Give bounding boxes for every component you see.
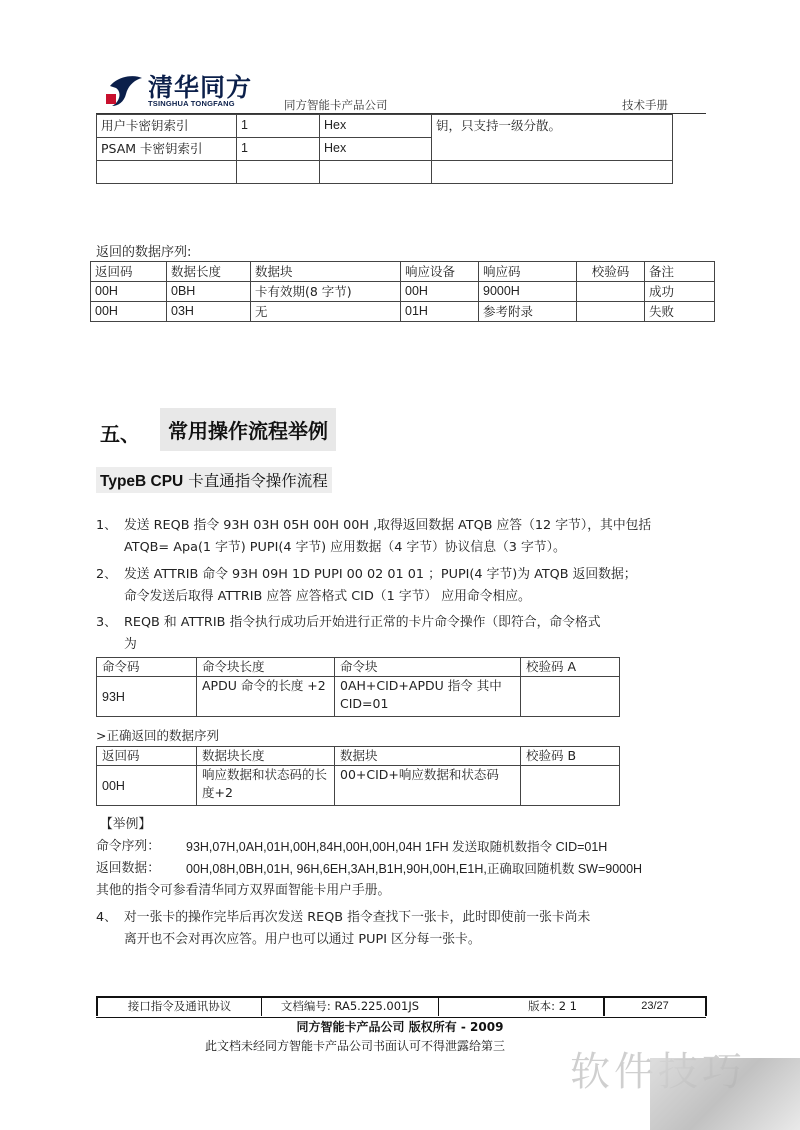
column-header: 备注 (645, 262, 715, 282)
correct-return-table: 返回码 数据块长度 数据块 校验码 B 00H 响应数据和状态码的长度+2 00… (96, 746, 620, 806)
table-cell: Hex (320, 115, 432, 138)
table-cell-note: 钥，只支持一级分散。 (432, 115, 673, 161)
table-cell: 00+CID+响应数据和状态码 (335, 766, 521, 806)
example-return-label: 返回数据： (96, 858, 160, 881)
company-logo: 清华同方 TSINGHUA TONGFANG (104, 68, 274, 112)
column-header: 数据块 (251, 262, 401, 282)
table-row: 00H 0BH 卡有效期(8 字节) 00H 9000H 成功 (91, 282, 715, 302)
table-cell: 00H (91, 282, 167, 302)
table-cell: 无 (251, 302, 401, 322)
subsection-title-cn: 卡直通指令操作流程 (183, 472, 327, 490)
section-number: 五、 (100, 418, 140, 447)
step-line: 离开也不会对再次应答。用户也可以通过 PUPI 区分每一张卡。 (124, 929, 716, 952)
table-cell: 成功 (645, 282, 715, 302)
return-data-table: 返回码 数据长度 数据块 响应设备 响应码 校验码 备注 00H 0BH 卡有效… (90, 261, 715, 322)
example-return-value: 00H,08H,0BH,01H, 96H,6EH,3AH,B1H,90H,00H… (186, 858, 642, 881)
step-number: 2、 (96, 564, 117, 587)
step-line: ATQB= Apa(1 字节) PUPI(4 字节) 应用数据（4 字节）协议信… (124, 537, 716, 560)
table-header-row: 命令码 命令块长度 命令块 校验码 A (97, 658, 620, 677)
table-cell: PSAM 卡密钥索引 (97, 138, 237, 161)
column-header: 返回码 (97, 747, 197, 766)
step-number: 1、 (96, 515, 117, 538)
step-line: 为 (124, 634, 716, 657)
footer-page-number: 23/27 (605, 997, 705, 1015)
correct-return-caption: >正确返回的数据序列 (96, 726, 219, 744)
table-cell: 00H (91, 302, 167, 322)
example-command-value: 93H,07H,0AH,01H,00H,84H,00H,00H,04H 1FH … (186, 836, 607, 859)
footer-doc-title: 接口指令及通讯协议 (98, 997, 261, 1015)
return-table-caption: 返回的数据序列: (96, 241, 191, 260)
step-line: 对一张卡的操作完毕后再次发送 REQB 指令查找下一张卡，此时即使前一张卡尚未 (124, 907, 716, 930)
step-line: REQB 和 ATTRIB 指令执行成功后开始进行正常的卡片命令操作（即符合，命… (124, 612, 716, 635)
table-cell: APDU 命令的长度 +2 (197, 677, 335, 717)
column-header: 校验码 B (521, 747, 620, 766)
footer-doc-number: 文档编号: RA5.225.001JS (262, 997, 438, 1015)
table-cell: 03H (167, 302, 251, 322)
example-label: 【举例】 (100, 814, 151, 837)
column-header: 数据块长度 (197, 747, 335, 766)
table-cell: 1 (237, 115, 320, 138)
table-cell (577, 302, 645, 322)
footer-version: 版本: 2 1 (439, 997, 603, 1015)
table-cell: 参考附录 (479, 302, 577, 322)
footer-divider (705, 996, 707, 1016)
step-number: 4、 (96, 907, 117, 930)
table-cell: 00H (97, 766, 197, 806)
table-header-row: 返回码 数据长度 数据块 响应设备 响应码 校验码 备注 (91, 262, 715, 282)
column-header: 数据块 (335, 747, 521, 766)
table-cell: 0AH+CID+APDU 指令 其中 CID=01 (335, 677, 521, 717)
table-cell: 0BH (167, 282, 251, 302)
logo-swoosh-icon (104, 72, 144, 108)
command-format-table: 命令码 命令块长度 命令块 校验码 A 93H APDU 命令的长度 +2 0A… (96, 657, 620, 717)
section-title: 常用操作流程举例 (160, 408, 336, 451)
table-row: 用户卡密钥索引 1 Hex 钥，只支持一级分散。 (97, 115, 673, 138)
table-cell: 卡有效期(8 字节) (251, 282, 401, 302)
step-line: 发送 ATTRIB 命令 93H 09H 1D PUPI 00 02 01 01… (124, 564, 716, 587)
table-cell: 00H (401, 282, 479, 302)
example-other-note: 其他的指令可参看清华同方双界面智能卡用户手册。 (96, 880, 390, 903)
table-cell: 用户卡密钥索引 (97, 115, 237, 138)
step-line: 发送 REQB 指令 93H 03H 05H 00H 00H ,取得返回数据 A… (124, 515, 716, 538)
column-header: 校验码 A (521, 658, 620, 677)
table-cell (320, 161, 432, 184)
table-cell: 9000H (479, 282, 577, 302)
column-header: 返回码 (91, 262, 167, 282)
table-cell (237, 161, 320, 184)
table-cell (97, 161, 237, 184)
column-header: 命令码 (97, 658, 197, 677)
table-cell (521, 766, 620, 806)
table-cell (577, 282, 645, 302)
key-index-table: 用户卡密钥索引 1 Hex 钥，只支持一级分散。 PSAM 卡密钥索引 1 He… (96, 114, 673, 184)
logo-english-name: TSINGHUA TONGFANG (148, 99, 235, 108)
subsection-title: TypeB CPU 卡直通指令操作流程 (96, 467, 332, 493)
column-header: 命令块 (335, 658, 521, 677)
table-cell (521, 677, 620, 717)
table-row (97, 161, 673, 184)
table-cell: 93H (97, 677, 197, 717)
subsection-title-latin: TypeB CPU (100, 473, 183, 490)
table-row: 93H APDU 命令的长度 +2 0AH+CID+APDU 指令 其中 CID… (97, 677, 620, 717)
column-header: 响应设备 (401, 262, 479, 282)
table-cell: 失败 (645, 302, 715, 322)
column-header: 校验码 (577, 262, 645, 282)
table-header-row: 返回码 数据块长度 数据块 校验码 B (97, 747, 620, 766)
table-cell: 01H (401, 302, 479, 322)
table-cell (432, 161, 673, 184)
table-cell: 1 (237, 138, 320, 161)
table-row: 00H 响应数据和状态码的长度+2 00+CID+响应数据和状态码 (97, 766, 620, 806)
step-line: 命令发送后取得 ATTRIB 应答 应答格式 CID（1 字节） 应用命令相应。 (124, 586, 716, 609)
header-doc-type: 技术手册 (622, 97, 668, 113)
table-cell: 响应数据和状态码的长度+2 (197, 766, 335, 806)
example-command-label: 命令序列： (96, 836, 160, 859)
footer-notice: 此文档未经同方智能卡产品公司书面认可不得泄露给第三 (205, 1037, 505, 1054)
table-row: 00H 03H 无 01H 参考附录 失败 (91, 302, 715, 322)
step-number: 3、 (96, 612, 117, 635)
column-header: 响应码 (479, 262, 577, 282)
column-header: 数据长度 (167, 262, 251, 282)
footer-copyright: 同方智能卡产品公司 版权所有 - 2009 (0, 1018, 800, 1035)
watermark-blur-overlay (650, 1058, 800, 1130)
table-cell: Hex (320, 138, 432, 161)
column-header: 命令块长度 (197, 658, 335, 677)
header-company: 同方智能卡产品公司 (284, 97, 388, 113)
